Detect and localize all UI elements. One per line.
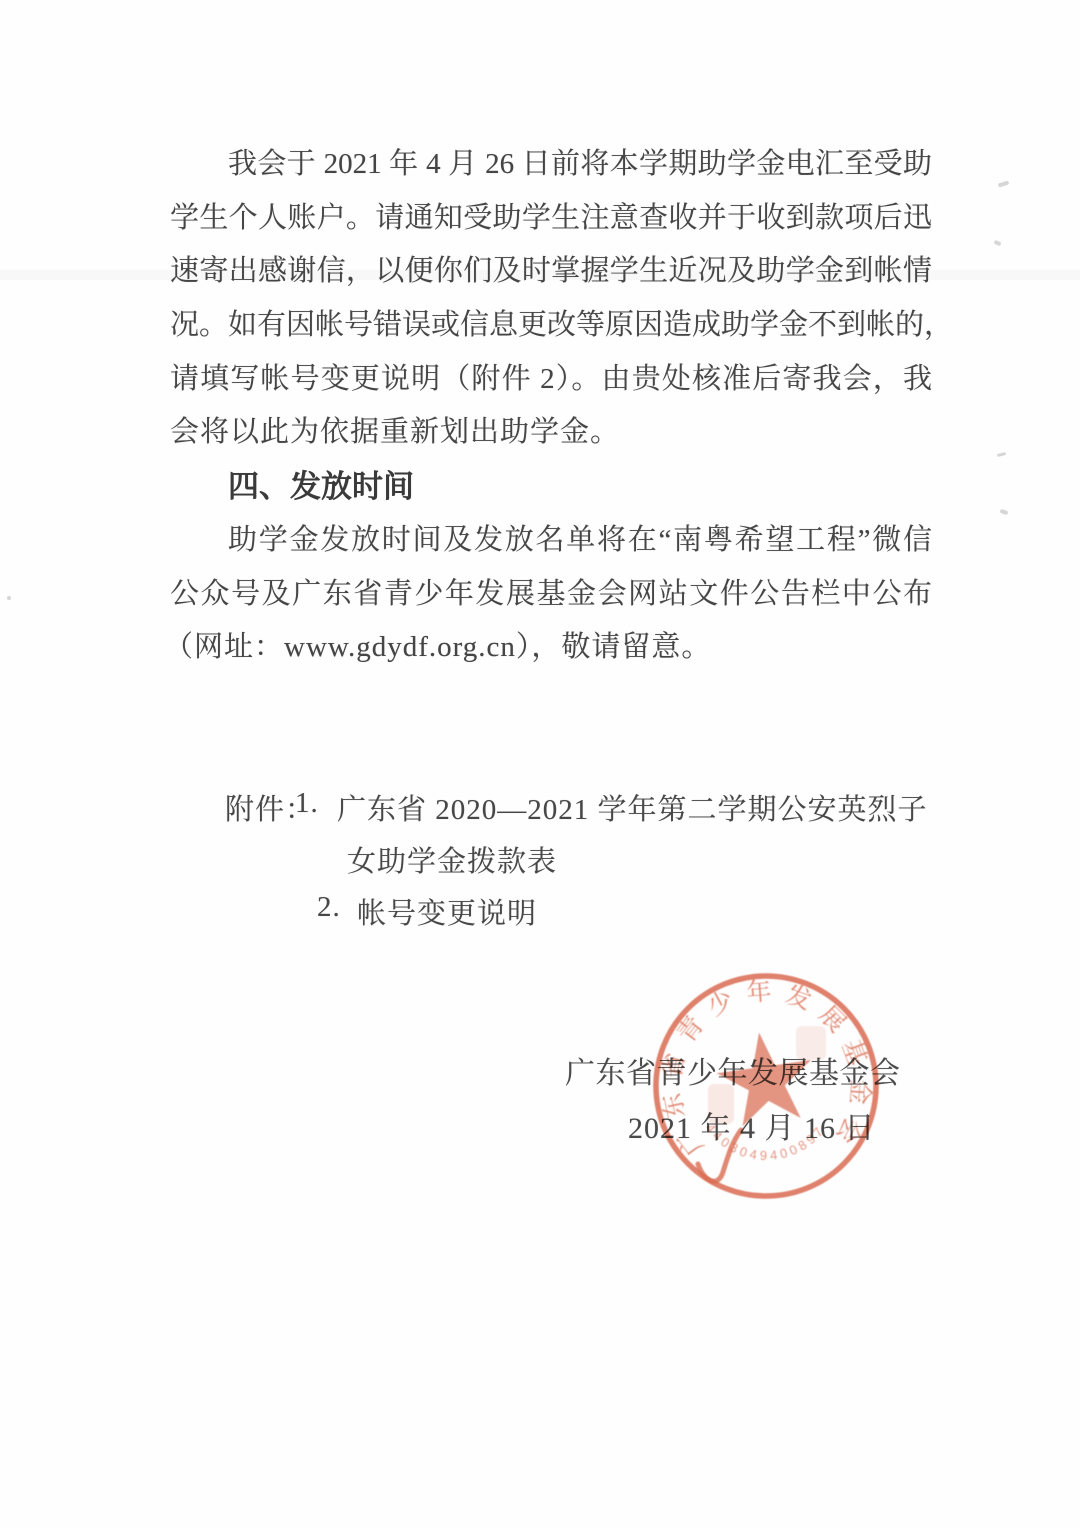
attachment-2-text: 帐号变更说明 (357, 891, 537, 932)
attachment-1-number: 1. (295, 787, 319, 820)
seal-serial: 4403049400897 (703, 1121, 828, 1163)
scan-speck (997, 452, 1006, 457)
scan-speck (1000, 509, 1009, 515)
body-line: 请填写帐号变更说明（附件 2）。由贵处核准后寄我会，我 (170, 353, 932, 407)
section-heading: 四、发放时间 (170, 460, 932, 514)
seal-ghost-mark (796, 1026, 826, 1060)
scan-speck (7, 596, 11, 600)
scan-speck (998, 180, 1010, 187)
body-line: 学生个人账户。请通知受助学生注意查收并于收到款项后迅 (170, 192, 932, 246)
official-seal: 广东省青少年发展基金会 4403049400897 (646, 966, 886, 1206)
letter-body: 我会于 2021 年 4 月 26 日前将本学期助学金电汇至受助 学生个人账户。… (170, 138, 932, 675)
attachment-1-text-wrap: 女助学金拨款表 (347, 839, 557, 880)
seal-serial-wrap: 4403049400897 (703, 1121, 828, 1163)
body-line: （网址：www.gdydf.org.cn），敬请留意。 (170, 621, 932, 675)
body-line: 速寄出感谢信，以便你们及时掌握学生近况及助学金到帐情 (170, 245, 932, 299)
body-line: 会将以此为依据重新划出助学金。 (170, 406, 932, 460)
attachment-1-text: 广东省 2020—2021 学年第二学期公安英烈子 (337, 787, 928, 828)
body-line: 助学金发放时间及发放名单将在“南粤希望工程”微信 (170, 514, 932, 568)
seal-ghost-mark (708, 1084, 734, 1124)
attachment-2-number: 2. (317, 891, 341, 924)
body-line: 我会于 2021 年 4 月 26 日前将本学期助学金电汇至受助 (170, 138, 932, 192)
scan-speck (993, 240, 1001, 247)
letter-page: 我会于 2021 年 4 月 26 日前将本学期助学金电汇至受助 学生个人账户。… (0, 0, 1080, 1528)
body-line: 公众号及广东省青少年发展基金会网站文件公告栏中公布 (170, 568, 932, 622)
body-line: 况。如有因帐号错误或信息更改等原因造成助学金不到帐的， (170, 299, 932, 353)
